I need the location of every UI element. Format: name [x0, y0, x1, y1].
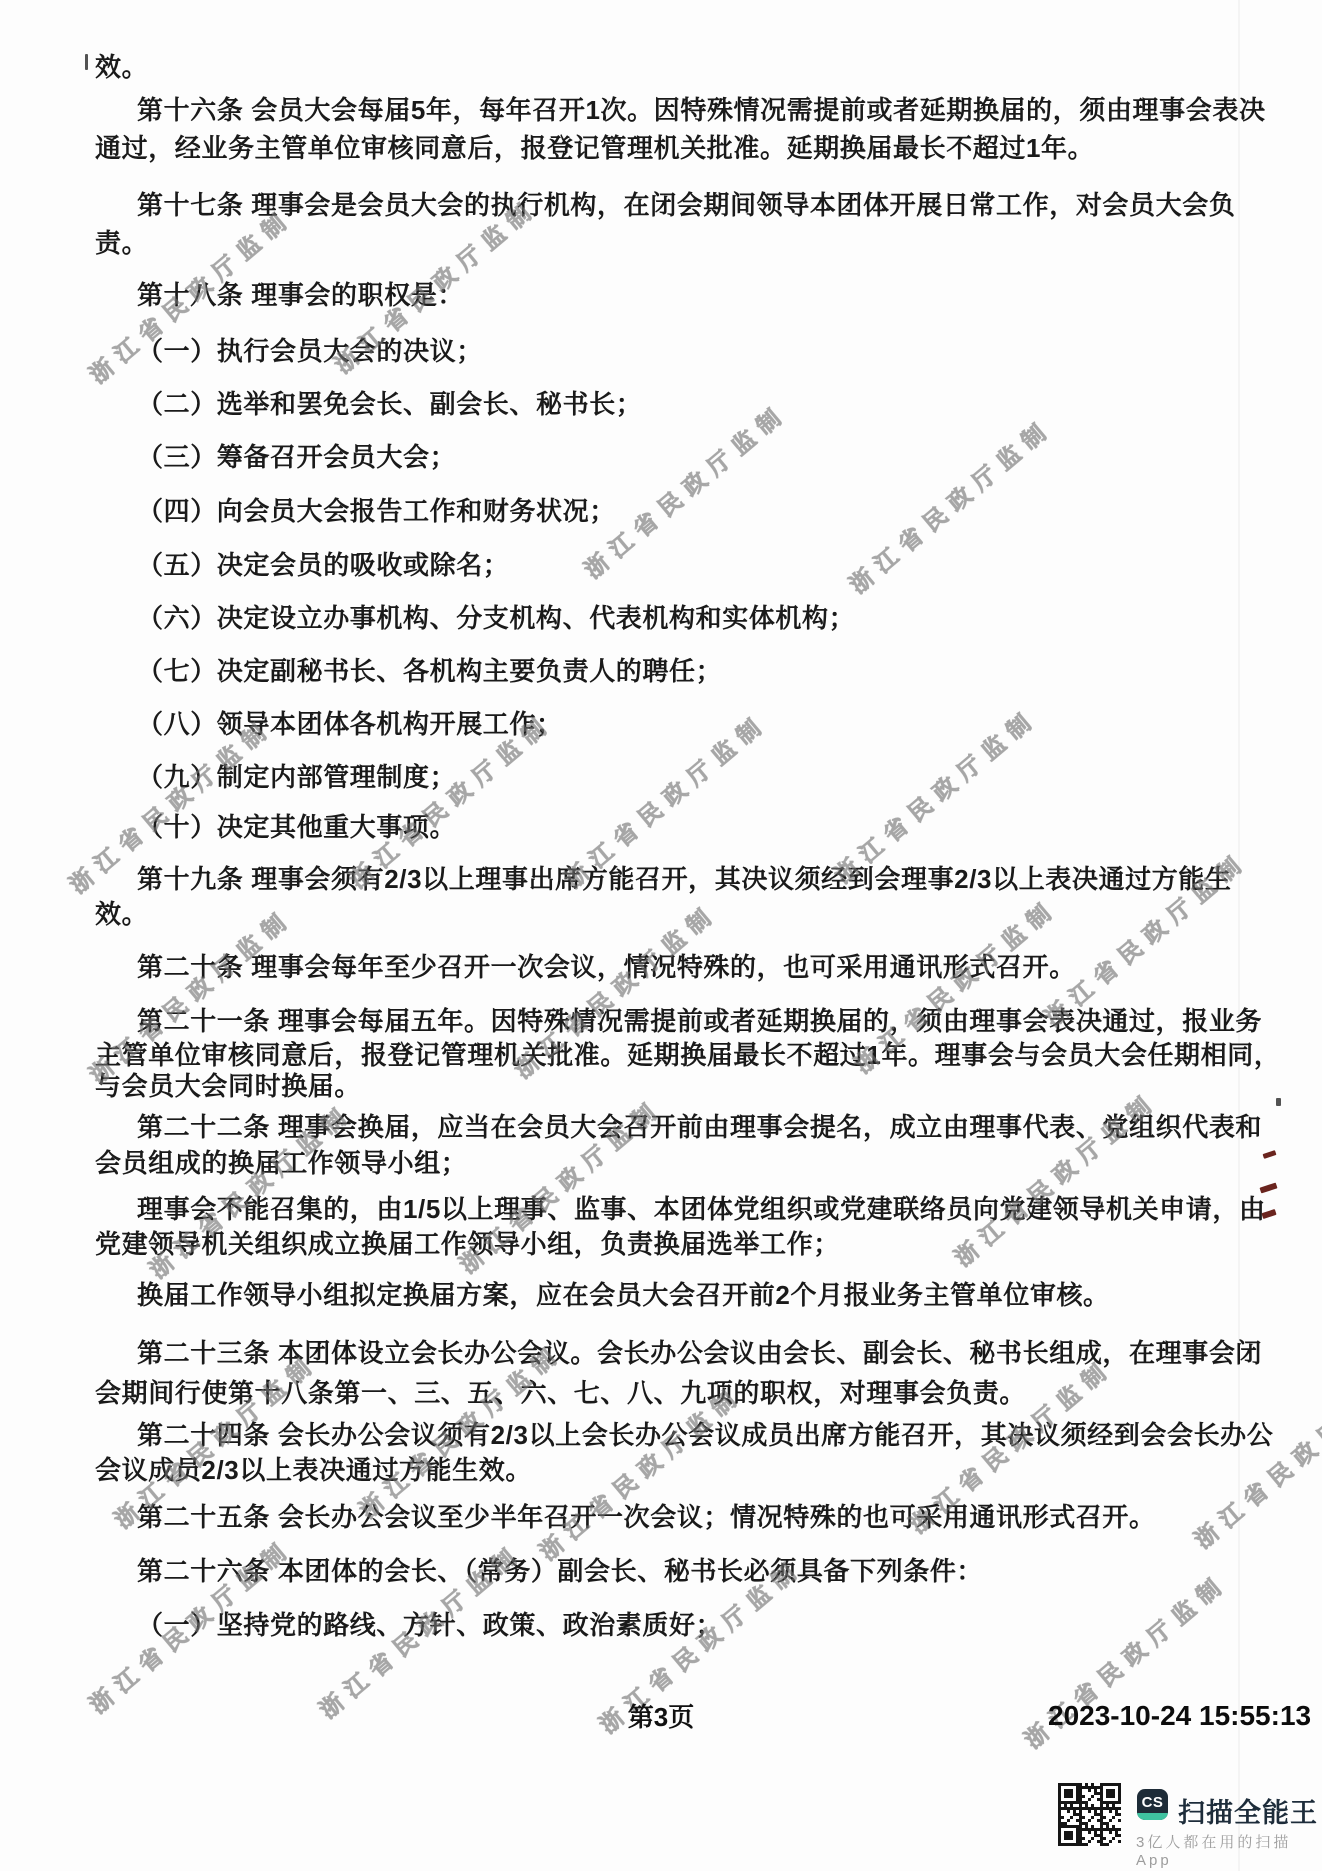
scan-speck: [85, 54, 88, 70]
government-watermark: 浙江省民政厅监制: [841, 410, 1058, 600]
scan-timestamp: 2023-10-24 15:55:13: [1048, 1700, 1311, 1732]
scan-speck: [1276, 1098, 1281, 1106]
qr-code: [1058, 1783, 1121, 1846]
scan-edge-shadow: [1238, 0, 1240, 1871]
document-line: （一）坚持党的路线、方针、政策、政治素质好；: [137, 1610, 722, 1641]
document-line: （二）选举和罢免会长、副会长、秘书长；: [137, 389, 642, 420]
document-line: 第十七条 理事会是会员大会的执行机构，在闭会期间领导本团体开展日常工作，对会员大…: [137, 190, 1235, 221]
document-line: （九）制定内部管理制度；: [137, 762, 456, 793]
document-line: 换届工作领导小组拟定换届方案，应在会员大会召开前2个月报业务主管单位审核。: [137, 1280, 1110, 1311]
camscanner-logo-accent: [1137, 1813, 1168, 1820]
camscanner-tagline: 3亿人都在用的扫描App: [1136, 1831, 1322, 1869]
document-line: 会员组成的换届工作领导小组；: [95, 1148, 467, 1179]
document-line: 第二十三条 本团体设立会长办公会议。会长办公会议由会长、副会长、秘书长组成，在理…: [137, 1338, 1262, 1369]
camscanner-app-name: 扫描全能王: [1178, 1791, 1318, 1830]
document-line: 效。: [95, 899, 148, 930]
document-line: 第十六条 会员大会每届5年，每年召开1次。因特殊情况需提前或者延期换届的，须由理…: [137, 95, 1266, 126]
document-line: 第十九条 理事会须有2/3以上理事出席方能召开，其决议须经到会理事2/3以上表决…: [137, 864, 1232, 895]
document-line: 第二十四条 会长办公会议须有2/3以上会长办公会议成员出席方能召开，其决议须经到…: [137, 1420, 1273, 1451]
document-line: 通过，经业务主管单位审核同意后，报登记管理机关批准。延期换届最长不超过1年。: [95, 133, 1094, 164]
document-line: 与会员大会同时换届。: [95, 1071, 361, 1102]
document-line: 第二十六条 本团体的会长、（常务）副会长、秘书长必须具备下列条件：: [137, 1556, 983, 1587]
document-line: 第二十二条 理事会换届，应当在会员大会召开前由理事会提名，成立由理事代表、党组织…: [137, 1112, 1262, 1143]
government-watermark: 浙江省民政厅监制: [576, 395, 793, 585]
camscanner-logo-icon: CS: [1137, 1789, 1168, 1820]
document-line: （五）决定会员的吸收或除名；: [137, 550, 509, 581]
document-line: 理事会不能召集的，由1/5以上理事、监事、本团体党组织或党建联络员向党建领导机关…: [137, 1194, 1266, 1225]
document-line: （一）执行会员大会的决议；: [137, 336, 483, 367]
document-line: （七）决定副秘书长、各机构主要负责人的聘任；: [137, 656, 722, 687]
red-ink-artifact: [1263, 1150, 1277, 1159]
document-line: （八）领导本团体各机构开展工作；: [137, 709, 563, 740]
document-line: 第二十条 理事会每年至少召开一次会议，情况特殊的，也可采用通讯形式召开。: [137, 952, 1076, 983]
document-line: 会议成员2/3以上表决通过方能生效。: [95, 1455, 532, 1486]
government-watermark: 浙江省民政厅监制: [1186, 1365, 1322, 1555]
document-line: 第二十五条 会长办公会议至少半年召开一次会议；情况特殊的也可采用通讯形式召开。: [137, 1502, 1156, 1533]
document-line: 党建领导机关组织成立换届工作领导小组，负责换届选举工作；: [95, 1229, 840, 1260]
document-line: 第十八条 理事会的职权是：: [137, 280, 464, 311]
document-line: （四）向会员大会报告工作和财务状况；: [137, 496, 616, 527]
document-line: （十）决定其他重大事项。: [137, 812, 456, 843]
document-line: （三）筹备召开会员大会；: [137, 442, 456, 473]
document-line: 责。: [95, 228, 148, 259]
document-line: 效。: [95, 52, 148, 83]
document-line: 会期间行使第十八条第一、三、五、六、七、八、九项的职权，对理事会负责。: [95, 1378, 1026, 1409]
red-ink-artifact: [1259, 1183, 1277, 1194]
scanned-document-page: 效。第十六条 会员大会每届5年，每年召开1次。因特殊情况需提前或者延期换届的，须…: [0, 0, 1322, 1871]
camscanner-logo-letters: CS: [1142, 1794, 1164, 1811]
document-line: 主管单位审核同意后，报登记管理机关批准。延期换届最长不超过1年。理事会与会员大会…: [95, 1040, 1280, 1071]
document-line: （六）决定设立办事机构、分支机构、代表机构和实体机构；: [137, 603, 855, 634]
document-line: 第二十一条 理事会每届五年。因特殊情况需提前或者延期换届的，须由理事会表决通过，…: [137, 1006, 1262, 1037]
government-watermark: 浙江省民政厅监制: [826, 700, 1043, 890]
